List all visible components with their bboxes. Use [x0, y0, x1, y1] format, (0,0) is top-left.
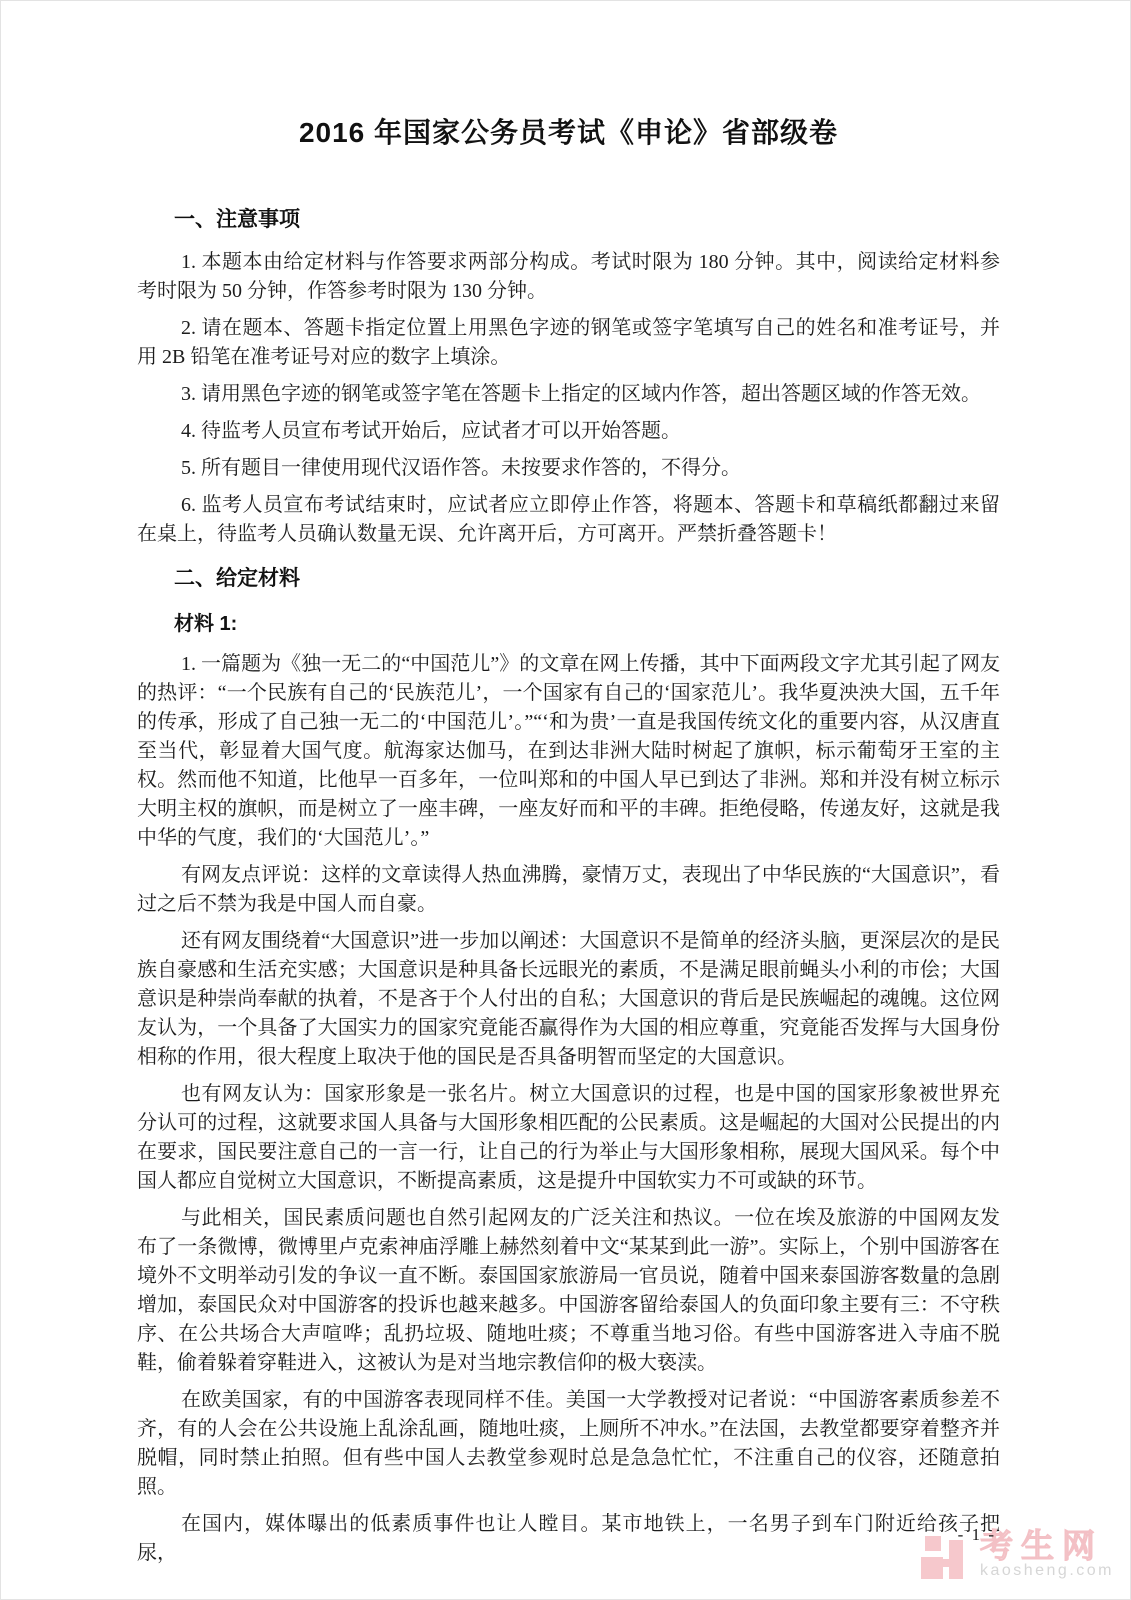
- materials-heading: 二、给定材料: [137, 562, 1000, 592]
- watermark-text: 考生网 kaosheng.com: [980, 1529, 1114, 1579]
- page-number: - 1 -: [958, 1525, 996, 1545]
- notice-item-5: 5. 所有题目一律使用现代汉语作答。未按要求作答的，不得分。: [137, 454, 1000, 483]
- notice-item-3: 3. 请用黑色字迹的钢笔或签字笔在答题卡上指定的区域内作答，超出答题区域的作答无…: [137, 380, 1000, 409]
- watermark-site-name: 考生网: [980, 1529, 1114, 1562]
- notice-item-6: 6. 监考人员宣布考试结束时，应试者应立即停止作答，将题本、答题卡和草稿纸都翻过…: [137, 491, 1000, 549]
- notice-heading: 一、注意事项: [137, 203, 1000, 233]
- materials-section: 二、给定材料 材料 1: 1. 一篇题为《独一无二的“中国范儿”》的文章在网上传…: [137, 562, 1000, 1568]
- material-paragraph-1: 1. 一篇题为《独一无二的“中国范儿”》的文章在网上传播，其中下面两段文字尤其引…: [137, 650, 1000, 853]
- material-paragraph-2: 有网友点评说：这样的文章读得人热血沸腾，豪情万丈，表现出了中华民族的“大国意识”…: [137, 861, 1000, 919]
- material-paragraph-3: 还有网友围绕着“大国意识”进一步加以阐述：大国意识不是简单的经济头脑，更深层次的…: [137, 927, 1000, 1072]
- exam-paper-page: 2016 年国家公务员考试《申论》省部级卷 一、注意事项 1. 本题本由给定材料…: [0, 0, 1131, 1600]
- material-paragraph-5: 与此相关，国民素质问题也自然引起网友的广泛关注和热议。一位在埃及旅游的中国网友发…: [137, 1204, 1000, 1378]
- material-paragraph-4: 也有网友认为：国家形象是一张名片。树立大国意识的过程，也是中国的国家形象被世界充…: [137, 1080, 1000, 1196]
- material-paragraph-6: 在欧美国家，有的中国游客表现同样不佳。美国一大学教授对记者说：“中国游客素质参差…: [137, 1386, 1000, 1502]
- page-title: 2016 年国家公务员考试《申论》省部级卷: [137, 111, 1000, 151]
- notice-section: 一、注意事项 1. 本题本由给定材料与作答要求两部分构成。考试时限为 180 分…: [137, 203, 1000, 549]
- kaosheng-watermark: 考生网 kaosheng.com: [917, 1529, 1114, 1579]
- notice-item-2: 2. 请在题本、答题卡指定位置上用黑色字迹的钢笔或签字笔填写自己的姓名和准考证号…: [137, 314, 1000, 372]
- material-1-label: 材料 1:: [137, 607, 1000, 636]
- material-paragraph-7: 在国内，媒体曝出的低素质事件也让人瞠目。某市地铁上，一名男子到车门附近给孩子把尿…: [137, 1510, 1000, 1568]
- watermark-site-domain: kaosheng.com: [980, 1563, 1114, 1579]
- notice-item-1: 1. 本题本由给定材料与作答要求两部分构成。考试时限为 180 分钟。其中，阅读…: [137, 248, 1000, 306]
- notice-item-4: 4. 待监考人员宣布考试开始后，应试者才可以开始答题。: [137, 417, 1000, 446]
